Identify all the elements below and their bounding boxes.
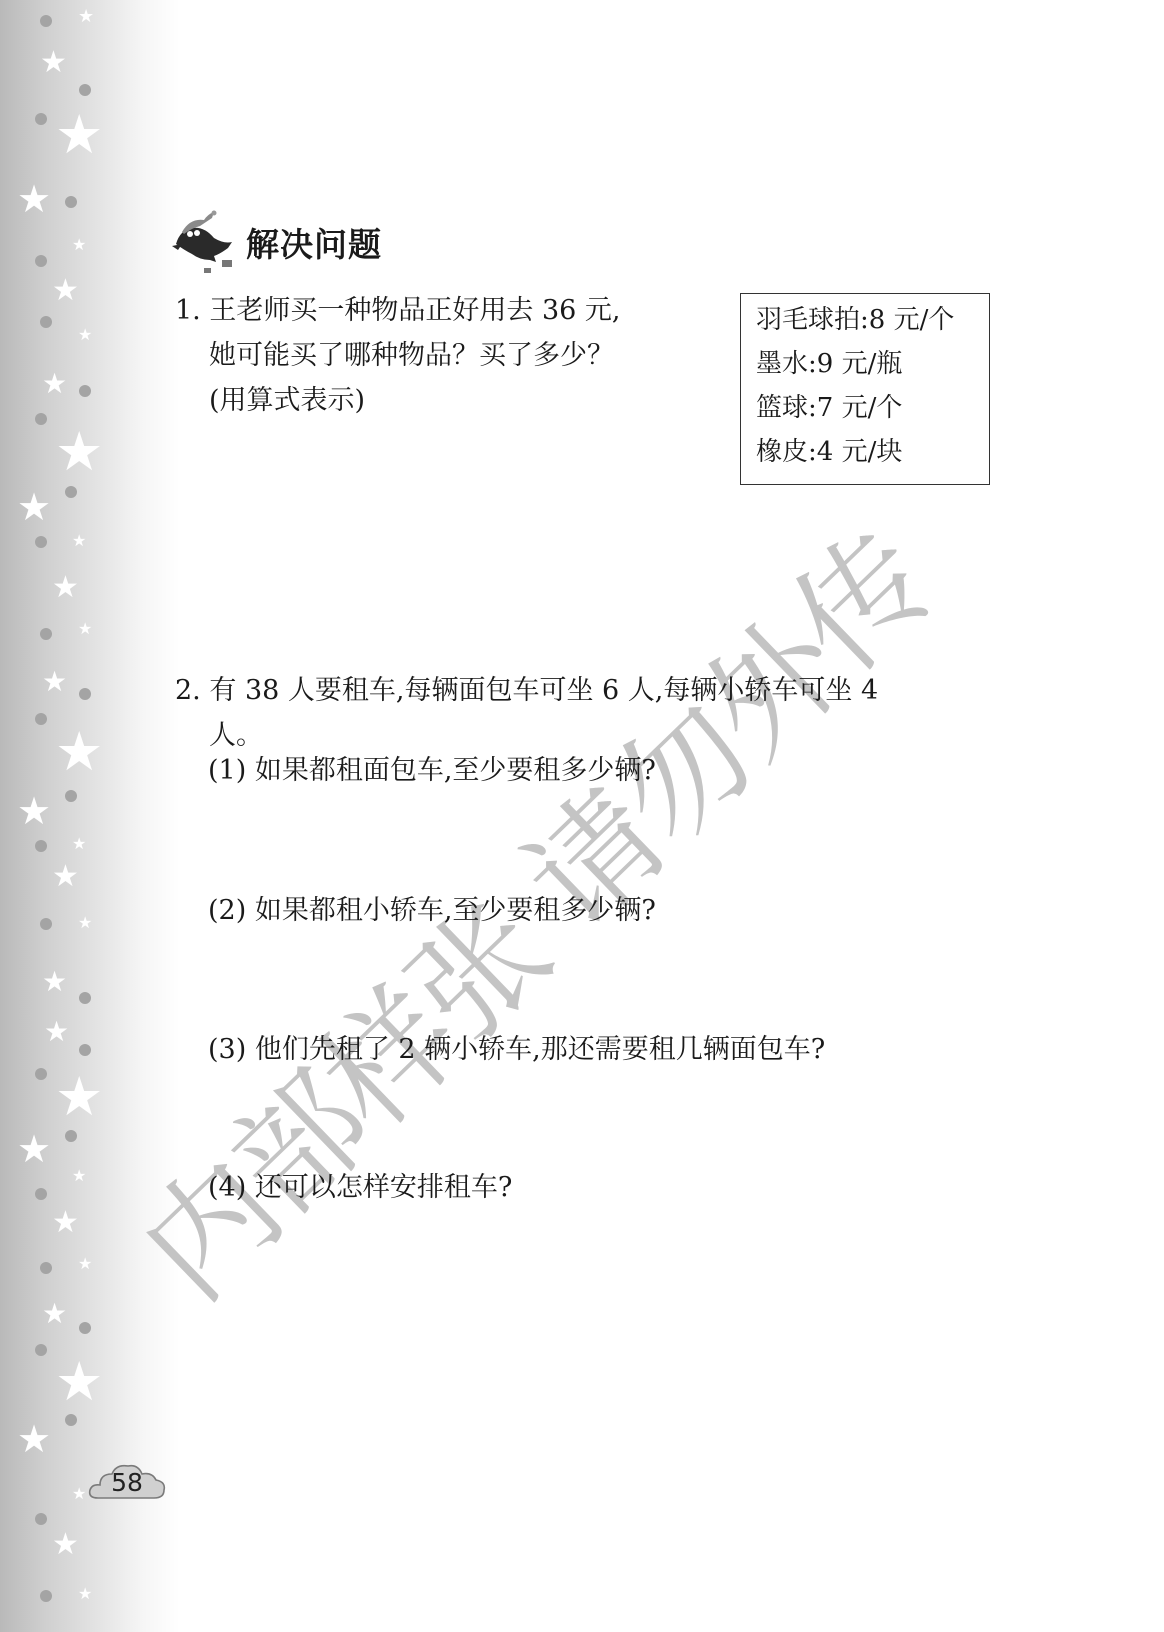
question-text: 王老师买一种物品正好用去 36 元, [209, 295, 620, 326]
sub-question-1: (1) 如果都租面包车,至少要租多少辆? [208, 748, 656, 787]
price-item: 篮球:7 元/个 [756, 386, 989, 430]
question-1-line-3: (用算式表示) [175, 378, 695, 423]
section-title: 解决问题 [246, 219, 382, 266]
question-number: 2. [175, 675, 201, 706]
section-heading: 解决问题 [170, 210, 382, 274]
price-list-box: 羽毛球拍:8 元/个 墨水:9 元/瓶 篮球:7 元/个 橡皮:4 元/块 [740, 293, 990, 485]
price-item: 橡皮:4 元/块 [756, 430, 989, 474]
page-number: 58 [86, 1460, 168, 1504]
question-1: 1. 王老师买一种物品正好用去 36 元, 她可能买了哪种物品？买了多少？ (用… [175, 288, 695, 423]
sub-question-3: (3) 他们先租了 2 辆小轿车,那还需要租几辆面包车? [208, 1027, 825, 1066]
page-number-badge: 58 [86, 1460, 168, 1504]
price-item: 墨水:9 元/瓶 [756, 342, 989, 386]
question-2-line-1: 2. 有 38 人要租车,每辆面包车可坐 6 人,每辆小轿车可坐 4 [175, 668, 1005, 713]
question-1-line-2: 她可能买了哪种物品？买了多少？ [175, 333, 695, 378]
sub-question-4: (4) 还可以怎样安排租车? [208, 1165, 512, 1204]
question-text: 有 38 人要租车,每辆面包车可坐 6 人,每辆小轿车可坐 4 [209, 675, 878, 706]
price-item: 羽毛球拍:8 元/个 [756, 298, 989, 342]
page-content: 解决问题 1. 王老师买一种物品正好用去 36 元, 她可能买了哪种物品？买了多… [0, 0, 1164, 1632]
penguin-mascot-icon [170, 210, 238, 274]
sub-question-2: (2) 如果都租小轿车,至少要租多少辆? [208, 888, 656, 927]
question-2: 2. 有 38 人要租车,每辆面包车可坐 6 人,每辆小轿车可坐 4 人。 [175, 668, 1005, 758]
question-1-line-1: 1. 王老师买一种物品正好用去 36 元, [175, 288, 695, 333]
question-number: 1. [175, 295, 201, 326]
